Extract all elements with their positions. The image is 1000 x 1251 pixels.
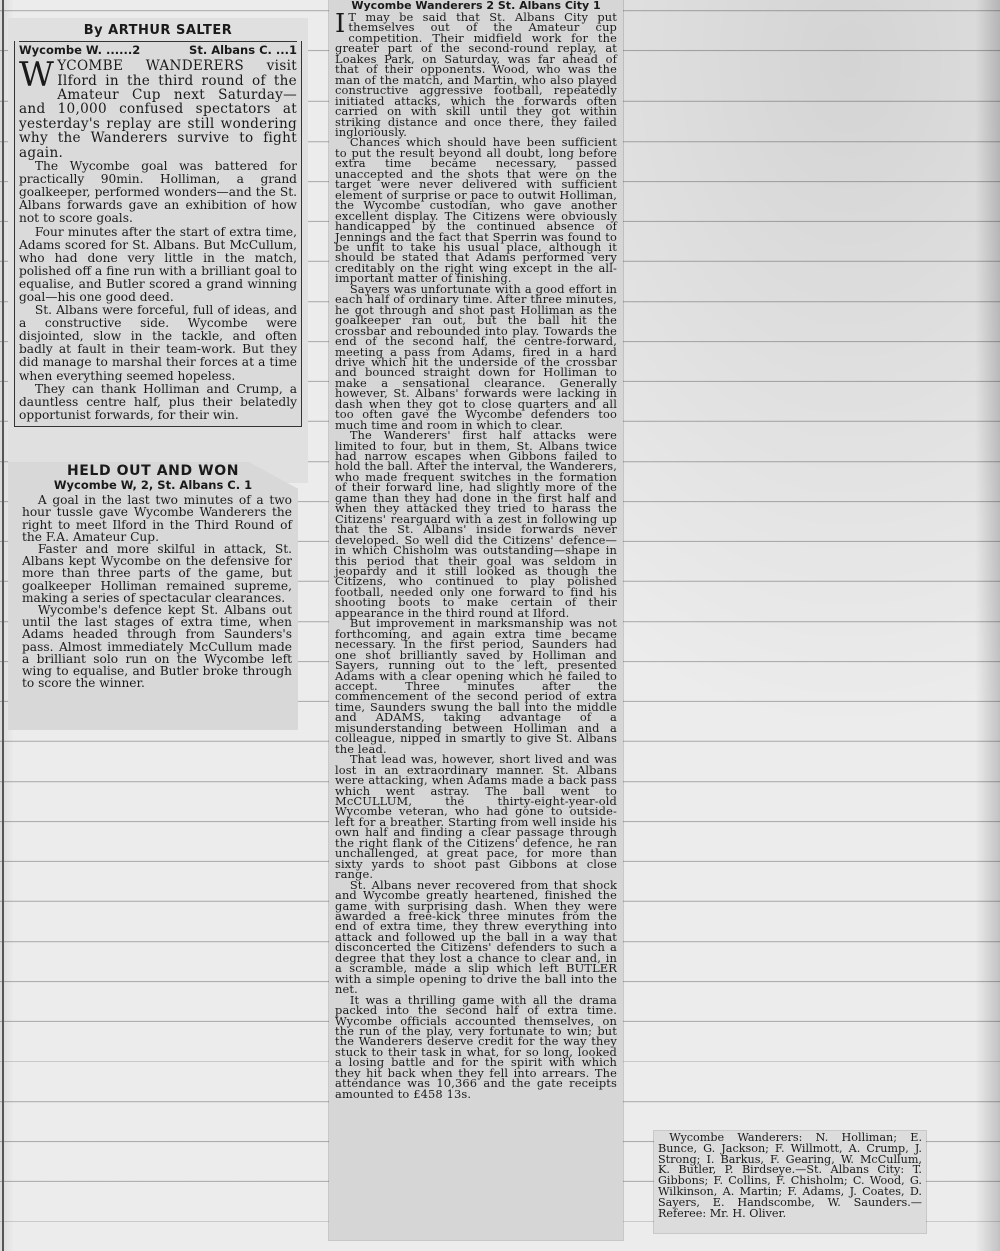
paragraph: It was a thrilling game with all the dra…	[335, 995, 617, 1100]
paragraph: But improvement in marksmanship was not …	[335, 618, 617, 754]
score-line: Wycombe W, 2, St. Albans C. 1	[8, 479, 298, 492]
paragraph: St. Albans never recovered from that sho…	[335, 880, 617, 995]
article-body: Wycombe W. ......2 St. Albans C. ...1 WY…	[14, 41, 302, 427]
lead-paragraph: IT may be said that St. Albans City put …	[335, 12, 617, 137]
paragraph: The Wanderers' first half attacks were l…	[335, 430, 617, 618]
paragraph: The Wycombe goal was battered for practi…	[19, 160, 297, 225]
dropcap: W	[19, 61, 54, 89]
paragraph: Four minutes after the start of extra ti…	[19, 226, 297, 305]
paragraph: Faster and more skilful in attack, St. A…	[22, 543, 292, 604]
paragraph: Chances which should have been sufficien…	[335, 137, 617, 283]
scrapbook-page: By ARTHUR SALTER Wycombe W. ......2 St. …	[0, 0, 1000, 1251]
clipping-arthur-salter-report: By ARTHUR SALTER Wycombe W. ......2 St. …	[8, 18, 308, 483]
headline: HELD OUT AND WON	[8, 465, 298, 478]
lead-paragraph: WYCOMBE WANDERERS visit Ilford in the th…	[19, 59, 297, 160]
clipping-team-lineups: Wycombe Wanderers: N. Holliman; E. Bunce…	[654, 1131, 926, 1233]
clipping-held-out-and-won: HELD OUT AND WON Wycombe W, 2, St. Alban…	[8, 462, 298, 730]
byline: By ARTHUR SALTER	[8, 24, 308, 37]
paragraph: Sayers was unfortunate with a good effor…	[335, 284, 617, 430]
score-home: Wycombe W. ......2	[19, 44, 140, 57]
dropcap: I	[335, 14, 345, 34]
paragraph: St. Albans were forceful, full of ideas,…	[19, 304, 297, 383]
clipping-match-report-long: Wycombe Wanderers 2 St. Albans City 1 IT…	[329, 0, 623, 1240]
page-edge	[2, 0, 4, 1251]
paragraph: Wycombe's defence kept St. Albans out un…	[22, 604, 292, 689]
paragraph: That lead was, however, short lived and …	[335, 754, 617, 879]
score-line: Wycombe W. ......2 St. Albans C. ...1	[19, 41, 297, 59]
team-lineups: Wycombe Wanderers: N. Holliman; E. Bunce…	[658, 1133, 922, 1219]
paragraph: They can thank Holliman and Crump, a dau…	[19, 383, 297, 422]
score-away: St. Albans C. ...1	[189, 44, 297, 57]
article-body: A goal in the last two minutes of a two …	[8, 494, 298, 689]
paragraph: A goal in the last two minutes of a two …	[22, 494, 292, 543]
